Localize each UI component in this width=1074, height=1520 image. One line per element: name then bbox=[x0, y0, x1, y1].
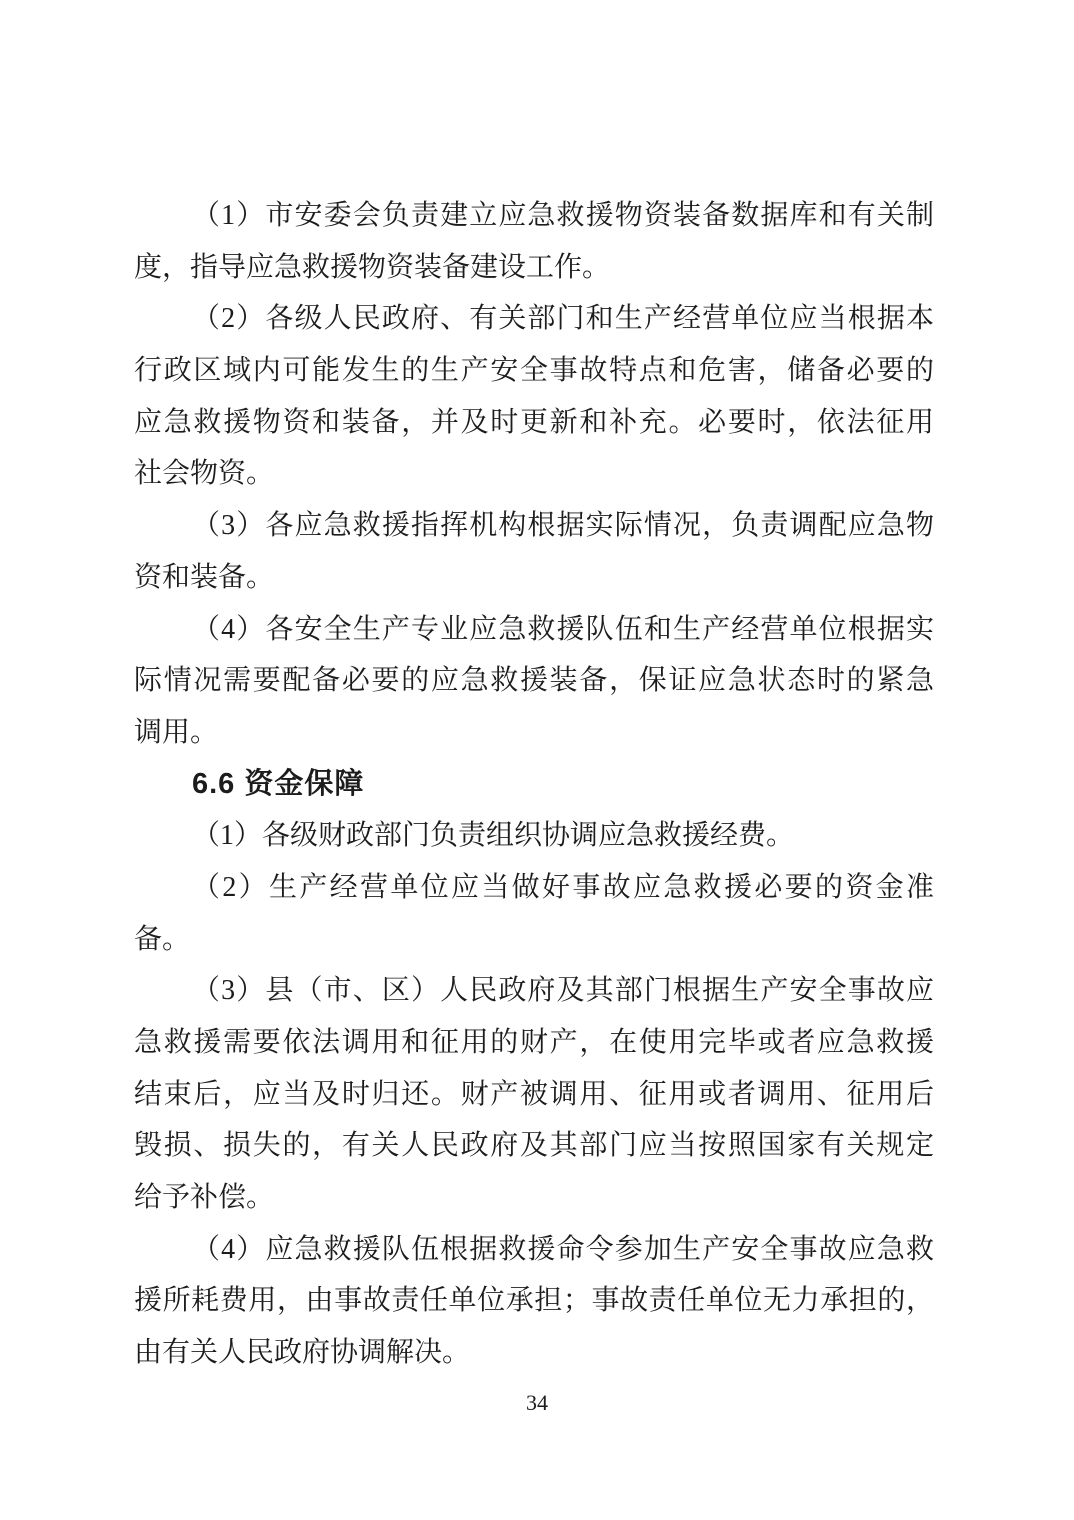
paragraph-line: 调用。 bbox=[134, 707, 934, 759]
paragraph-line: 由有关人民政府协调解决。 bbox=[134, 1327, 934, 1379]
paragraph: （3）各应急救援指挥机构根据实际情况，负责调配应急物 资和装备。 bbox=[134, 500, 934, 603]
paragraph-line: （2）生产经营单位应当做好事故应急救援必要的资金准 bbox=[134, 862, 934, 914]
paragraph: （2）生产经营单位应当做好事故应急救援必要的资金准 备。 bbox=[134, 862, 934, 965]
paragraph: （1）市安委会负责建立应急救援物资装备数据库和有关制 度，指导应急救援物资装备建… bbox=[134, 190, 934, 293]
paragraph-line: （4）应急救援队伍根据救援命令参加生产安全事故应急救 bbox=[134, 1224, 934, 1276]
paragraph-line: 给予补偿。 bbox=[134, 1172, 934, 1224]
paragraph-line: （1）各级财政部门负责组织协调应急救援经费。 bbox=[134, 810, 934, 862]
document-body: （1）市安委会负责建立应急救援物资装备数据库和有关制 度，指导应急救援物资装备建… bbox=[134, 190, 934, 1379]
paragraph-line: 应急救援物资和装备，并及时更新和补充。必要时，依法征用 bbox=[134, 397, 934, 449]
page-number: 34 bbox=[0, 1390, 1074, 1416]
section-heading: 6.6 资金保障 bbox=[134, 759, 934, 811]
paragraph-line: 度，指导应急救援物资装备建设工作。 bbox=[134, 242, 934, 294]
paragraph-line: （3）县（市、区）人民政府及其部门根据生产安全事故应 bbox=[134, 965, 934, 1017]
paragraph-line: （2）各级人民政府、有关部门和生产经营单位应当根据本 bbox=[134, 293, 934, 345]
paragraph-line: 社会物资。 bbox=[134, 448, 934, 500]
paragraph-line: 备。 bbox=[134, 914, 934, 966]
paragraph: （3）县（市、区）人民政府及其部门根据生产安全事故应 急救援需要依法调用和征用的… bbox=[134, 965, 934, 1223]
paragraph-line: （4）各安全生产专业应急救援队伍和生产经营单位根据实 bbox=[134, 604, 934, 656]
paragraph-line: 结束后，应当及时归还。财产被调用、征用或者调用、征用后 bbox=[134, 1069, 934, 1121]
paragraph-line: 行政区域内可能发生的生产安全事故特点和危害，储备必要的 bbox=[134, 345, 934, 397]
paragraph: （2）各级人民政府、有关部门和生产经营单位应当根据本 行政区域内可能发生的生产安… bbox=[134, 293, 934, 500]
paragraph: （4）应急救援队伍根据救援命令参加生产安全事故应急救 援所耗费用，由事故责任单位… bbox=[134, 1224, 934, 1379]
document-page: （1）市安委会负责建立应急救援物资装备数据库和有关制 度，指导应急救援物资装备建… bbox=[0, 0, 1074, 1520]
paragraph-line: 援所耗费用，由事故责任单位承担；事故责任单位无力承担的， bbox=[134, 1275, 934, 1327]
paragraph: （1）各级财政部门负责组织协调应急救援经费。 bbox=[134, 810, 934, 862]
paragraph-line: （1）市安委会负责建立应急救援物资装备数据库和有关制 bbox=[134, 190, 934, 242]
paragraph-line: 急救援需要依法调用和征用的财产，在使用完毕或者应急救援 bbox=[134, 1017, 934, 1069]
paragraph-line: （3）各应急救援指挥机构根据实际情况，负责调配应急物 bbox=[134, 500, 934, 552]
paragraph-line: 资和装备。 bbox=[134, 552, 934, 604]
paragraph-line: 际情况需要配备必要的应急救援装备，保证应急状态时的紧急 bbox=[134, 655, 934, 707]
paragraph: （4）各安全生产专业应急救援队伍和生产经营单位根据实 际情况需要配备必要的应急救… bbox=[134, 604, 934, 759]
paragraph-line: 毁损、损失的，有关人民政府及其部门应当按照国家有关规定 bbox=[134, 1120, 934, 1172]
